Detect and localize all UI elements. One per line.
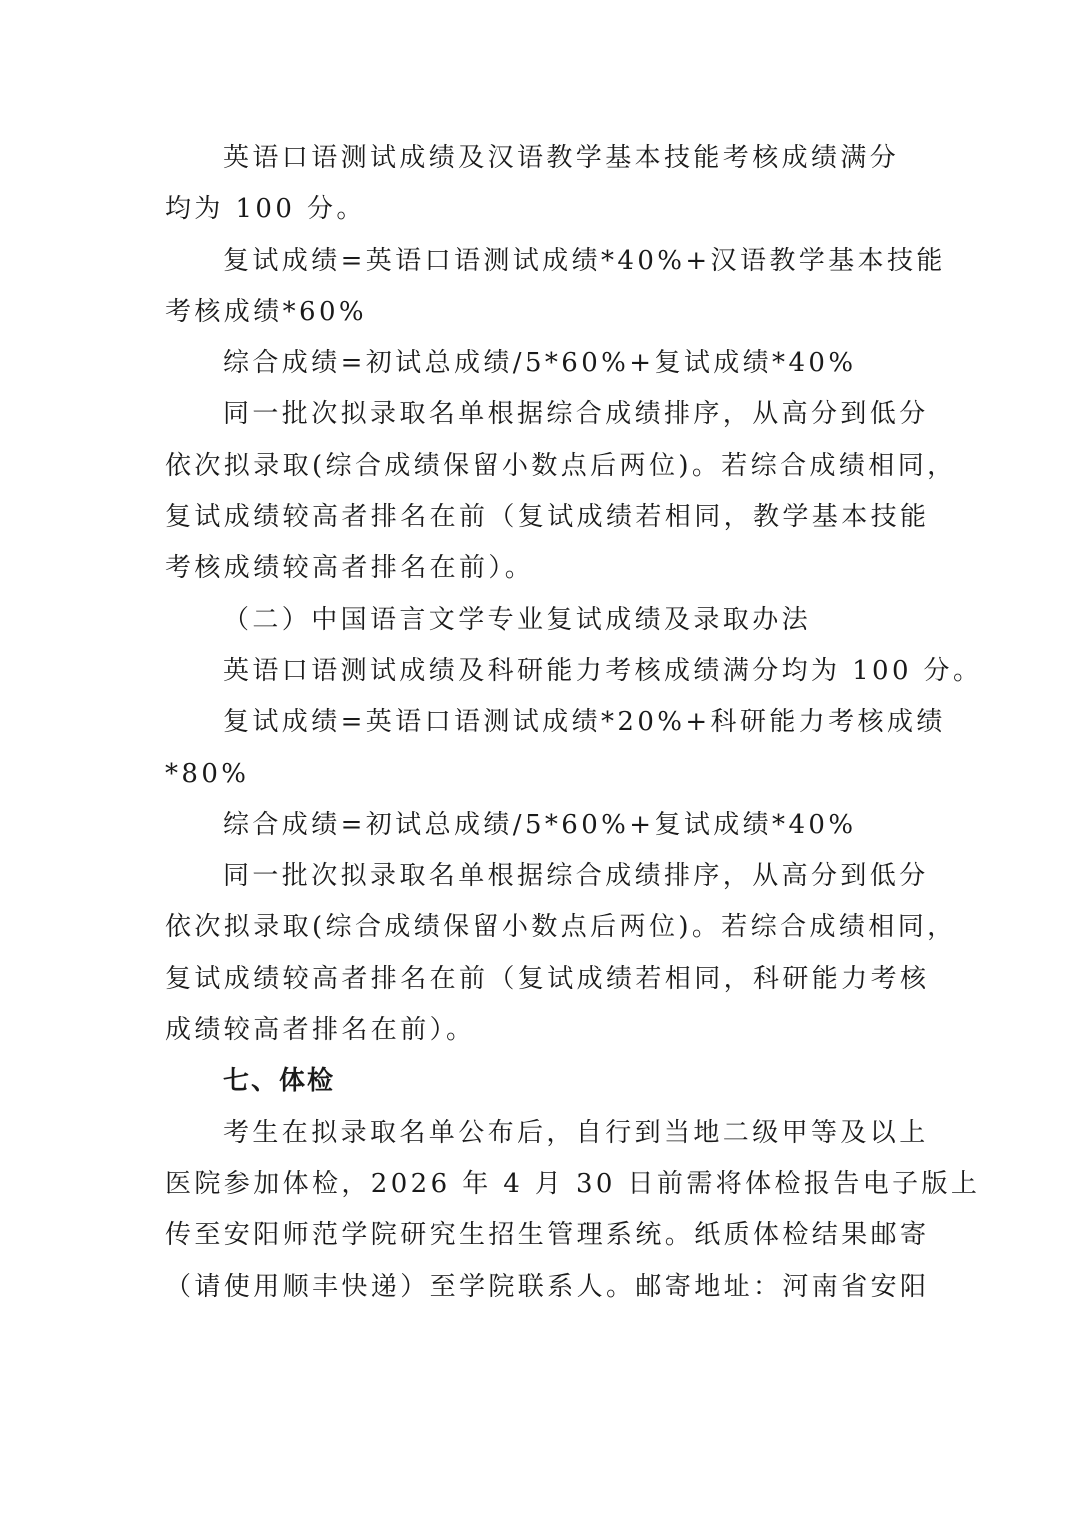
paragraph-line: 依次拟录取(综合成绩保留小数点后两位)。若综合成绩相同，	[165, 446, 920, 497]
paragraph-line: 医院参加体检，2026 年 4 月 30 日前需将体检报告电子版上	[165, 1164, 920, 1215]
paragraph-line: 同一批次拟录取名单根据综合成绩排序，从高分到低分	[165, 394, 920, 445]
paragraph-line: 英语口语测试成绩及汉语教学基本技能考核成绩满分	[165, 138, 920, 189]
paragraph-line: 考生在拟录取名单公布后，自行到当地二级甲等及以上	[165, 1113, 920, 1164]
paragraph-line: 同一批次拟录取名单根据综合成绩排序，从高分到低分	[165, 856, 920, 907]
formula-line: 综合成绩=初试总成绩/5*60%+复试成绩*40%	[165, 343, 920, 394]
formula-line: 考核成绩*60%	[165, 292, 920, 343]
formula-line: 复试成绩=英语口语测试成绩*20%+科研能力考核成绩	[165, 702, 920, 753]
formula-line: 综合成绩=初试总成绩/5*60%+复试成绩*40%	[165, 805, 920, 856]
paragraph-line: 考核成绩较高者排名在前）。	[165, 548, 920, 599]
paragraph-line: 均为 100 分。	[165, 189, 920, 240]
paragraph-line: 依次拟录取(综合成绩保留小数点后两位)。若综合成绩相同，	[165, 907, 920, 958]
paragraph-line: 复试成绩较高者排名在前（复试成绩若相同，教学基本技能	[165, 497, 920, 548]
section-heading: 七、体检	[165, 1061, 920, 1112]
paragraph-line: 复试成绩较高者排名在前（复试成绩若相同，科研能力考核	[165, 959, 920, 1010]
formula-line: 复试成绩=英语口语测试成绩*40%+汉语教学基本技能	[165, 241, 920, 292]
subsection-heading: （二）中国语言文学专业复试成绩及录取办法	[165, 600, 920, 651]
paragraph-line: 英语口语测试成绩及科研能力考核成绩满分均为 100 分。	[165, 651, 920, 702]
document-page: 英语口语测试成绩及汉语教学基本技能考核成绩满分 均为 100 分。 复试成绩=英…	[165, 138, 920, 1318]
formula-line: *80%	[165, 754, 920, 805]
paragraph-line: 成绩较高者排名在前）。	[165, 1010, 920, 1061]
paragraph-line: 传至安阳师范学院研究生招生管理系统。纸质体检结果邮寄	[165, 1215, 920, 1266]
paragraph-line: （请使用顺丰快递）至学院联系人。邮寄地址：河南省安阳	[165, 1267, 920, 1318]
